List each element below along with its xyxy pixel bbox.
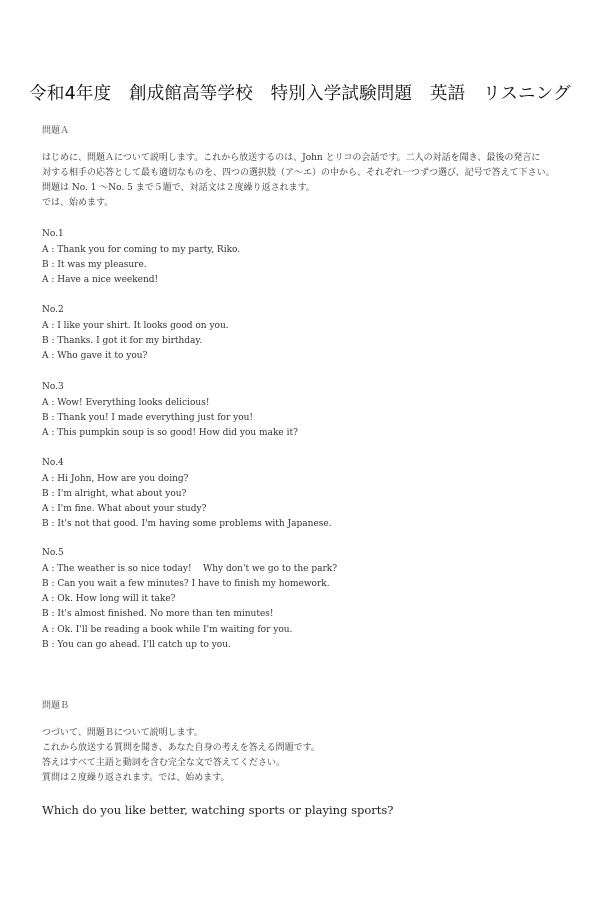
dialogue-number: No.5 (42, 546, 337, 561)
instruction-line: つづいて、問題Ｂについて説明します。 (42, 726, 320, 741)
dialogue-line: B : Thank you! I made everything just fo… (42, 411, 298, 426)
dialogue-no5: No.5 A : The weather is so nice today! W… (42, 546, 337, 653)
dialogue-line: B : It's not that good. I'm having some … (42, 517, 332, 532)
dialogue-line: A : Hi John, How are you doing? (42, 472, 332, 487)
dialogue-line: B : It was my pleasure. (42, 258, 240, 273)
section-b-label: 問題Ｂ (42, 698, 69, 711)
dialogue-number: No.2 (42, 303, 229, 318)
dialogue-no1: No.1 A : Thank you for coming to my part… (42, 227, 240, 288)
dialogue-line: A : Ok. I'll be reading a book while I'm… (42, 623, 337, 638)
dialogue-line: A : Ok. How long will it take? (42, 592, 337, 607)
dialogue-line: A : I like your shirt. It looks good on … (42, 319, 229, 334)
instruction-line: 問題は No. 1 ～No. 5 まで５題で、対話文は２度繰り返されます。 (42, 181, 555, 196)
dialogue-line: A : Wow! Everything looks delicious! (42, 396, 298, 411)
instruction-line: では、始めます。 (42, 196, 555, 211)
dialogue-no4: No.4 A : Hi John, How are you doing? B :… (42, 456, 332, 533)
section-b-instructions: つづいて、問題Ｂについて説明します。 これから放送する質問を聞き、あなた自身の考… (42, 726, 320, 786)
dialogue-line: A : The weather is so nice today! Why do… (42, 562, 337, 577)
instruction-line: 答えはすべて主語と動詞を含む完全な文で答えてください。 (42, 756, 320, 771)
dialogue-line: A : I'm fine. What about your study? (42, 502, 332, 517)
dialogue-line: B : Thanks. I got it for my birthday. (42, 334, 229, 349)
instruction-line: これから放送する質問を聞き、あなた自身の考えを答える問題です。 (42, 741, 320, 756)
section-a-instructions: はじめに、問題Ａについて説明します。これから放送するのは、John とリコの会話… (42, 151, 555, 211)
dialogue-number: No.4 (42, 456, 332, 471)
section-a-label: 問題Ａ (42, 123, 69, 136)
dialogue-line: A : Who gave it to you? (42, 349, 229, 364)
instruction-line: 質問は２度繰り返されます。では、始めます。 (42, 771, 320, 786)
dialogue-line: A : Have a nice weekend! (42, 273, 240, 288)
dialogue-number: No.1 (42, 227, 240, 242)
dialogue-line: A : This pumpkin soup is so good! How di… (42, 426, 298, 441)
page-title: 令和4年度 創成館高等学校 特別入学試験問題 英語 リスニング (0, 80, 600, 105)
dialogue-no2: No.2 A : I like your shirt. It looks goo… (42, 303, 229, 364)
instruction-line: はじめに、問題Ａについて説明します。これから放送するのは、John とリコの会話… (42, 151, 555, 166)
instruction-line: 対する相手の応答として最も適切なものを、四つの選択肢（ア～エ）の中から、それぞれ… (42, 166, 555, 181)
dialogue-line: B : Can you wait a few minutes? I have t… (42, 577, 337, 592)
dialogue-line: B : You can go ahead. I'll catch up to y… (42, 638, 337, 653)
dialogue-no3: No.3 A : Wow! Everything looks delicious… (42, 380, 298, 441)
dialogue-line: B : I'm alright, what about you? (42, 487, 332, 502)
dialogue-line: B : It's almost finished. No more than t… (42, 607, 337, 622)
dialogue-line: A : Thank you for coming to my party, Ri… (42, 243, 240, 258)
dialogue-number: No.3 (42, 380, 298, 395)
section-b-question: Which do you like better, watching sport… (42, 803, 393, 817)
